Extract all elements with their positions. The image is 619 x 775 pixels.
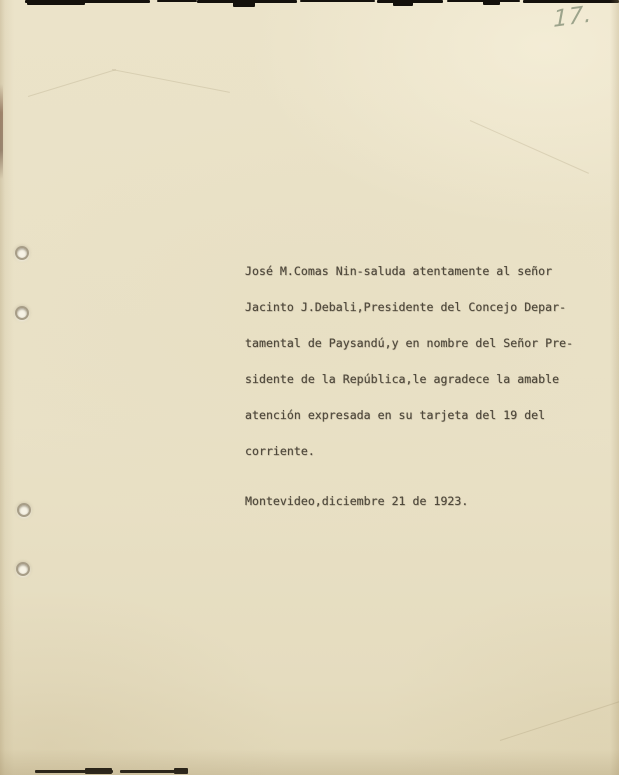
punch-hole — [15, 246, 29, 260]
letter-line: corriente. — [245, 445, 573, 457]
scan-edge-artifact-top — [523, 0, 619, 3]
paper-crease — [470, 120, 589, 174]
paper-crease — [28, 69, 116, 97]
paper-right-edge-shading — [609, 0, 619, 775]
scan-edge-artifact-top — [233, 0, 255, 7]
handwritten-page-number: 17. — [554, 1, 593, 33]
scan-edge-artifact-top — [157, 0, 197, 2]
letter-line: atención expresada en su tarjeta del 19 … — [245, 409, 573, 421]
scan-edge-artifact-top — [300, 0, 375, 2]
letter-date-line: Montevideo,diciembre 21 de 1923. — [245, 495, 573, 507]
paper-left-edge-mark — [0, 84, 3, 179]
scanned-letter-page: 17. José M.Comas Nin-saluda atentamente … — [0, 0, 619, 775]
punch-hole — [16, 562, 30, 576]
scan-edge-artifact-top — [483, 0, 500, 5]
paper-bottom-edge-shading — [0, 749, 619, 775]
letter-line: Jacinto J.Debali,Presidente del Concejo … — [245, 301, 573, 313]
scan-edge-artifact-top — [27, 0, 85, 5]
punch-hole — [15, 306, 29, 320]
letter-body: José M.Comas Nin-saluda atentamente al s… — [245, 241, 573, 531]
letter-line: tamental de Paysandú,y en nombre del Señ… — [245, 337, 573, 349]
paper-crease — [500, 697, 619, 741]
punch-hole — [17, 503, 31, 517]
letter-line: sidente de la República,le agradece la a… — [245, 373, 573, 385]
scan-edge-artifact-top — [393, 0, 413, 6]
letter-line: José M.Comas Nin-saluda atentamente al s… — [245, 265, 573, 277]
paper-crease — [112, 69, 230, 93]
